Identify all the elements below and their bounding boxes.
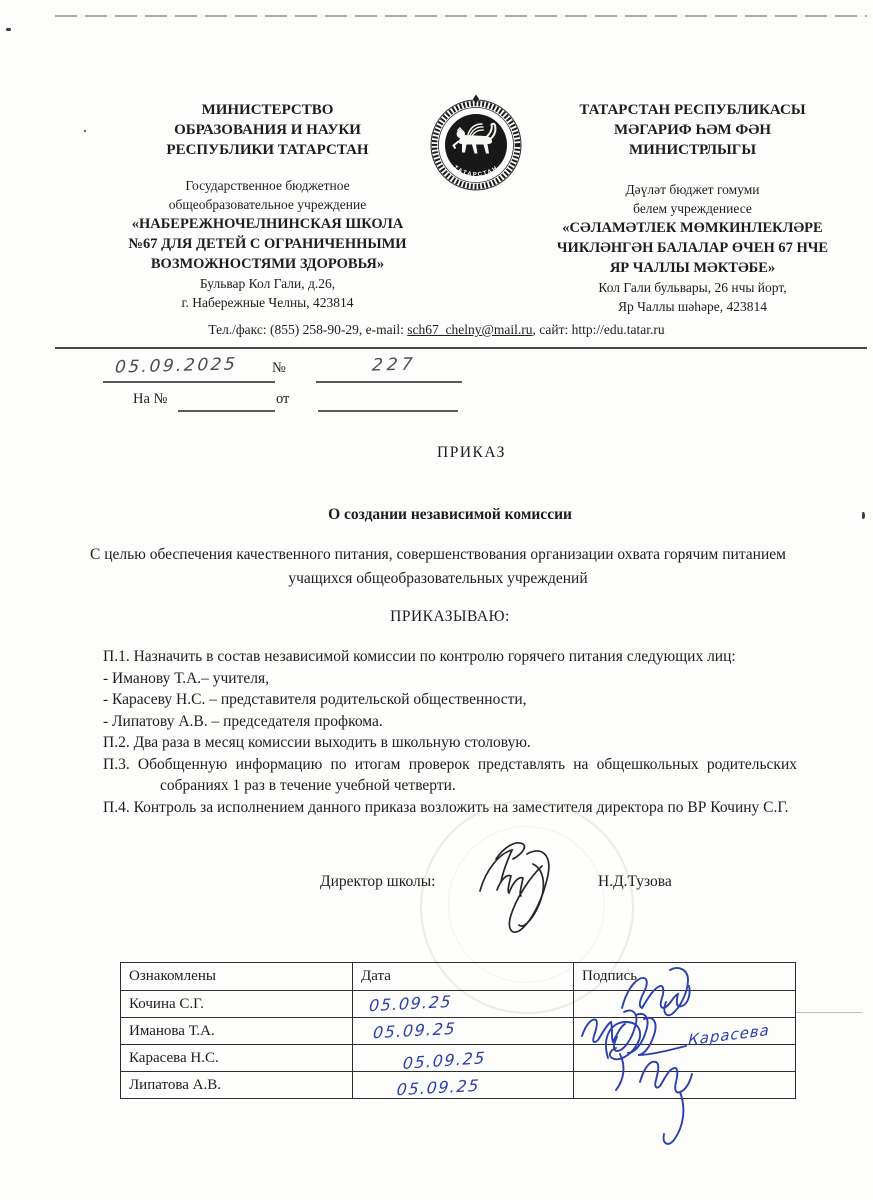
order-item-p1: П.1. Назначить в состав независимой коми… [103,646,797,668]
row-name-imanova: Иманова Т.А. [121,1018,353,1045]
org-address-ru-line1: Бульвар Кол Гали, д.26, [95,274,440,293]
org-address-ru: Бульвар Кол Гали, д.26, г. Набережные Че… [95,274,440,312]
table-row: Кочина С.Г. 05.09.25 [121,991,796,1018]
contact-line: Тел./факс: (855) 258-90-29, e-mail: sch6… [0,322,873,338]
signature-cell-lipatova [574,1072,796,1099]
ministry-tt-line1: ТАТАРСТАН РЕСПУБЛИКАСЫ [525,100,860,120]
handwritten-date-karaseva: 05.09.25 [402,1048,486,1073]
table-header-row: Ознакомлены Дата Подпись [121,963,796,991]
row-name-lipatova: Липатова А.В. [121,1072,353,1099]
col-header-acquainted: Ознакомлены [121,963,353,991]
signature-cell-kochina [574,991,796,1018]
order-subject: О создании независимой комиссии [55,506,845,524]
order-title: ПРИКАЗ [437,444,506,462]
number-underline [316,381,462,383]
order-item-member-lipatova: - Липатову А.В. – председателя профкома. [103,711,797,733]
ministry-name-tt: ТАТАРСТАН РЕСПУБЛИКАСЫ МӘГАРИФ ҺӘМ ФӘН М… [525,100,860,160]
handwritten-date-kochina: 05.09.25 [368,992,453,1015]
handwritten-order-number: 227 [371,354,417,375]
scan-speck [84,130,86,132]
order-item-p2: П.2. Два раза в месяц комиссии выходить … [103,732,797,754]
contact-prefix: Тел./факс: (855) 258-90-29, e-mail: [208,322,407,337]
ministry-ru-line3: РЕСПУБЛИКИ ТАТАРСТАН [95,140,440,160]
org-type-ru-line2: общеобразовательное учреждение [95,195,440,214]
number-sign-label: № [272,360,286,377]
letterhead-russian: МИНИСТЕРСТВО ОБРАЗОВАНИЯ И НАУКИ РЕСПУБЛ… [95,100,440,312]
on-number-underline [178,410,275,412]
ministry-name-ru: МИНИСТЕРСТВО ОБРАЗОВАНИЯ И НАУКИ РЕСПУБЛ… [95,100,440,160]
ministry-tt-line3: МИНИСТРЛЫГЫ [525,140,860,160]
director-signature-icon [466,835,578,952]
director-label: Директор школы: [320,873,435,891]
handwritten-date: 05.09.2025 [114,354,238,377]
org-name-ru-line1: «НАБЕРЕЖНОЧЕЛНИНСКАЯ ШКОЛА [95,214,440,234]
from-label: от [276,391,289,408]
order-preamble: С целью обеспечения качественного питани… [76,543,800,591]
director-name: Н.Д.Тузова [598,873,672,891]
table-row: Липатова А.В. 05.09.25 [121,1072,796,1099]
scan-artifact-line [796,1012,862,1013]
from-underline [318,410,458,412]
org-address-tt-line2: Яр Чаллы шәһәре, 423814 [525,297,860,316]
on-number-label: На № [133,391,167,408]
contact-email: sch67_chelny@mail.ru [407,322,532,337]
org-type-tt: Дәүләт бюджет гомуми белем учреждениесе [525,180,860,218]
org-type-tt-line2: белем учреждениесе [525,199,860,218]
tatarstan-emblem-icon: ТАТАРСТАН [427,93,525,193]
org-type-ru-line1: Государственное бюджетное [95,176,440,195]
order-item-p3: П.3. Обобщенную информацию по итогам про… [103,754,797,797]
letterhead-tatar: ТАТАРСТАН РЕСПУБЛИКАСЫ МӘГАРИФ ҺӘМ ФӘН М… [525,100,860,316]
col-header-signature: Подпись [574,963,796,991]
org-address-tt-line1: Кол Гали бульвары, 26 нчы йорт, [525,278,860,297]
signature-cell-karaseva [574,1045,796,1072]
order-item-p4: П.4. Контроль за исполнением данного при… [103,797,797,819]
scan-speck [6,28,11,31]
row-name-kochina: Кочина С.Г. [121,991,353,1018]
org-name-tt-line2: ЧИКЛӘНГӘН БАЛАЛАР ӨЧЕН 67 НЧЕ [525,238,860,258]
order-items: П.1. Назначить в состав независимой коми… [103,646,797,818]
org-address-ru-line2: г. Набережные Челны, 423814 [95,293,440,312]
contact-site: , сайт: http://edu.tatar.ru [533,322,665,337]
org-name-tt-line1: «СӘЛАМӘТЛЕК МӨМКИНЛЕКЛӘРЕ [525,218,860,238]
handwritten-date-imanova: 05.09.25 [372,1019,457,1042]
org-name-ru-line3: ВОЗМОЖНОСТЯМИ ЗДОРОВЬЯ» [95,254,440,274]
ministry-ru-line2: ОБРАЗОВАНИЯ И НАУКИ [95,120,440,140]
handwritten-date-lipatova: 05.09.25 [396,1076,481,1099]
org-name-ru-line2: №67 ДЛЯ ДЕТЕЙ С ОГРАНИЧЕННЫМИ [95,234,440,254]
ministry-ru-line1: МИНИСТЕРСТВО [95,100,440,120]
org-address-tt: Кол Гали бульвары, 26 нчы йорт, Яр Чаллы… [525,278,860,316]
org-name-ru: «НАБЕРЕЖНОЧЕЛНИНСКАЯ ШКОЛА №67 ДЛЯ ДЕТЕЙ… [95,214,440,274]
order-resolve-word: ПРИКАЗЫВАЮ: [55,608,845,626]
date-underline [103,381,275,383]
letterhead-divider [55,347,867,349]
col-header-date: Дата [353,963,574,991]
scan-speck [862,512,865,519]
ministry-tt-line2: МӘГАРИФ ҺӘМ ФӘН [525,120,860,140]
org-type-ru: Государственное бюджетное общеобразовате… [95,176,440,214]
order-item-member-karaseva: - Карасеву Н.С. – представителя родитель… [103,689,797,711]
scan-top-dashed-line [55,15,867,17]
order-item-member-imanova: - Иманову Т.А.– учителя, [103,668,797,690]
org-type-tt-line1: Дәүләт бюджет гомуми [525,180,860,199]
org-name-tt-line3: ЯР ЧАЛЛЫ МӘКТӘБЕ» [525,258,860,278]
table-row: Карасева Н.С. 05.09.25 [121,1045,796,1072]
row-name-karaseva: Карасева Н.С. [121,1045,353,1072]
org-name-tt: «СӘЛАМӘТЛЕК МӨМКИНЛЕКЛӘРЕ ЧИКЛӘНГӘН БАЛА… [525,218,860,278]
scanned-order-document: МИНИСТЕРСТВО ОБРАЗОВАНИЯ И НАУКИ РЕСПУБЛ… [0,0,873,1200]
